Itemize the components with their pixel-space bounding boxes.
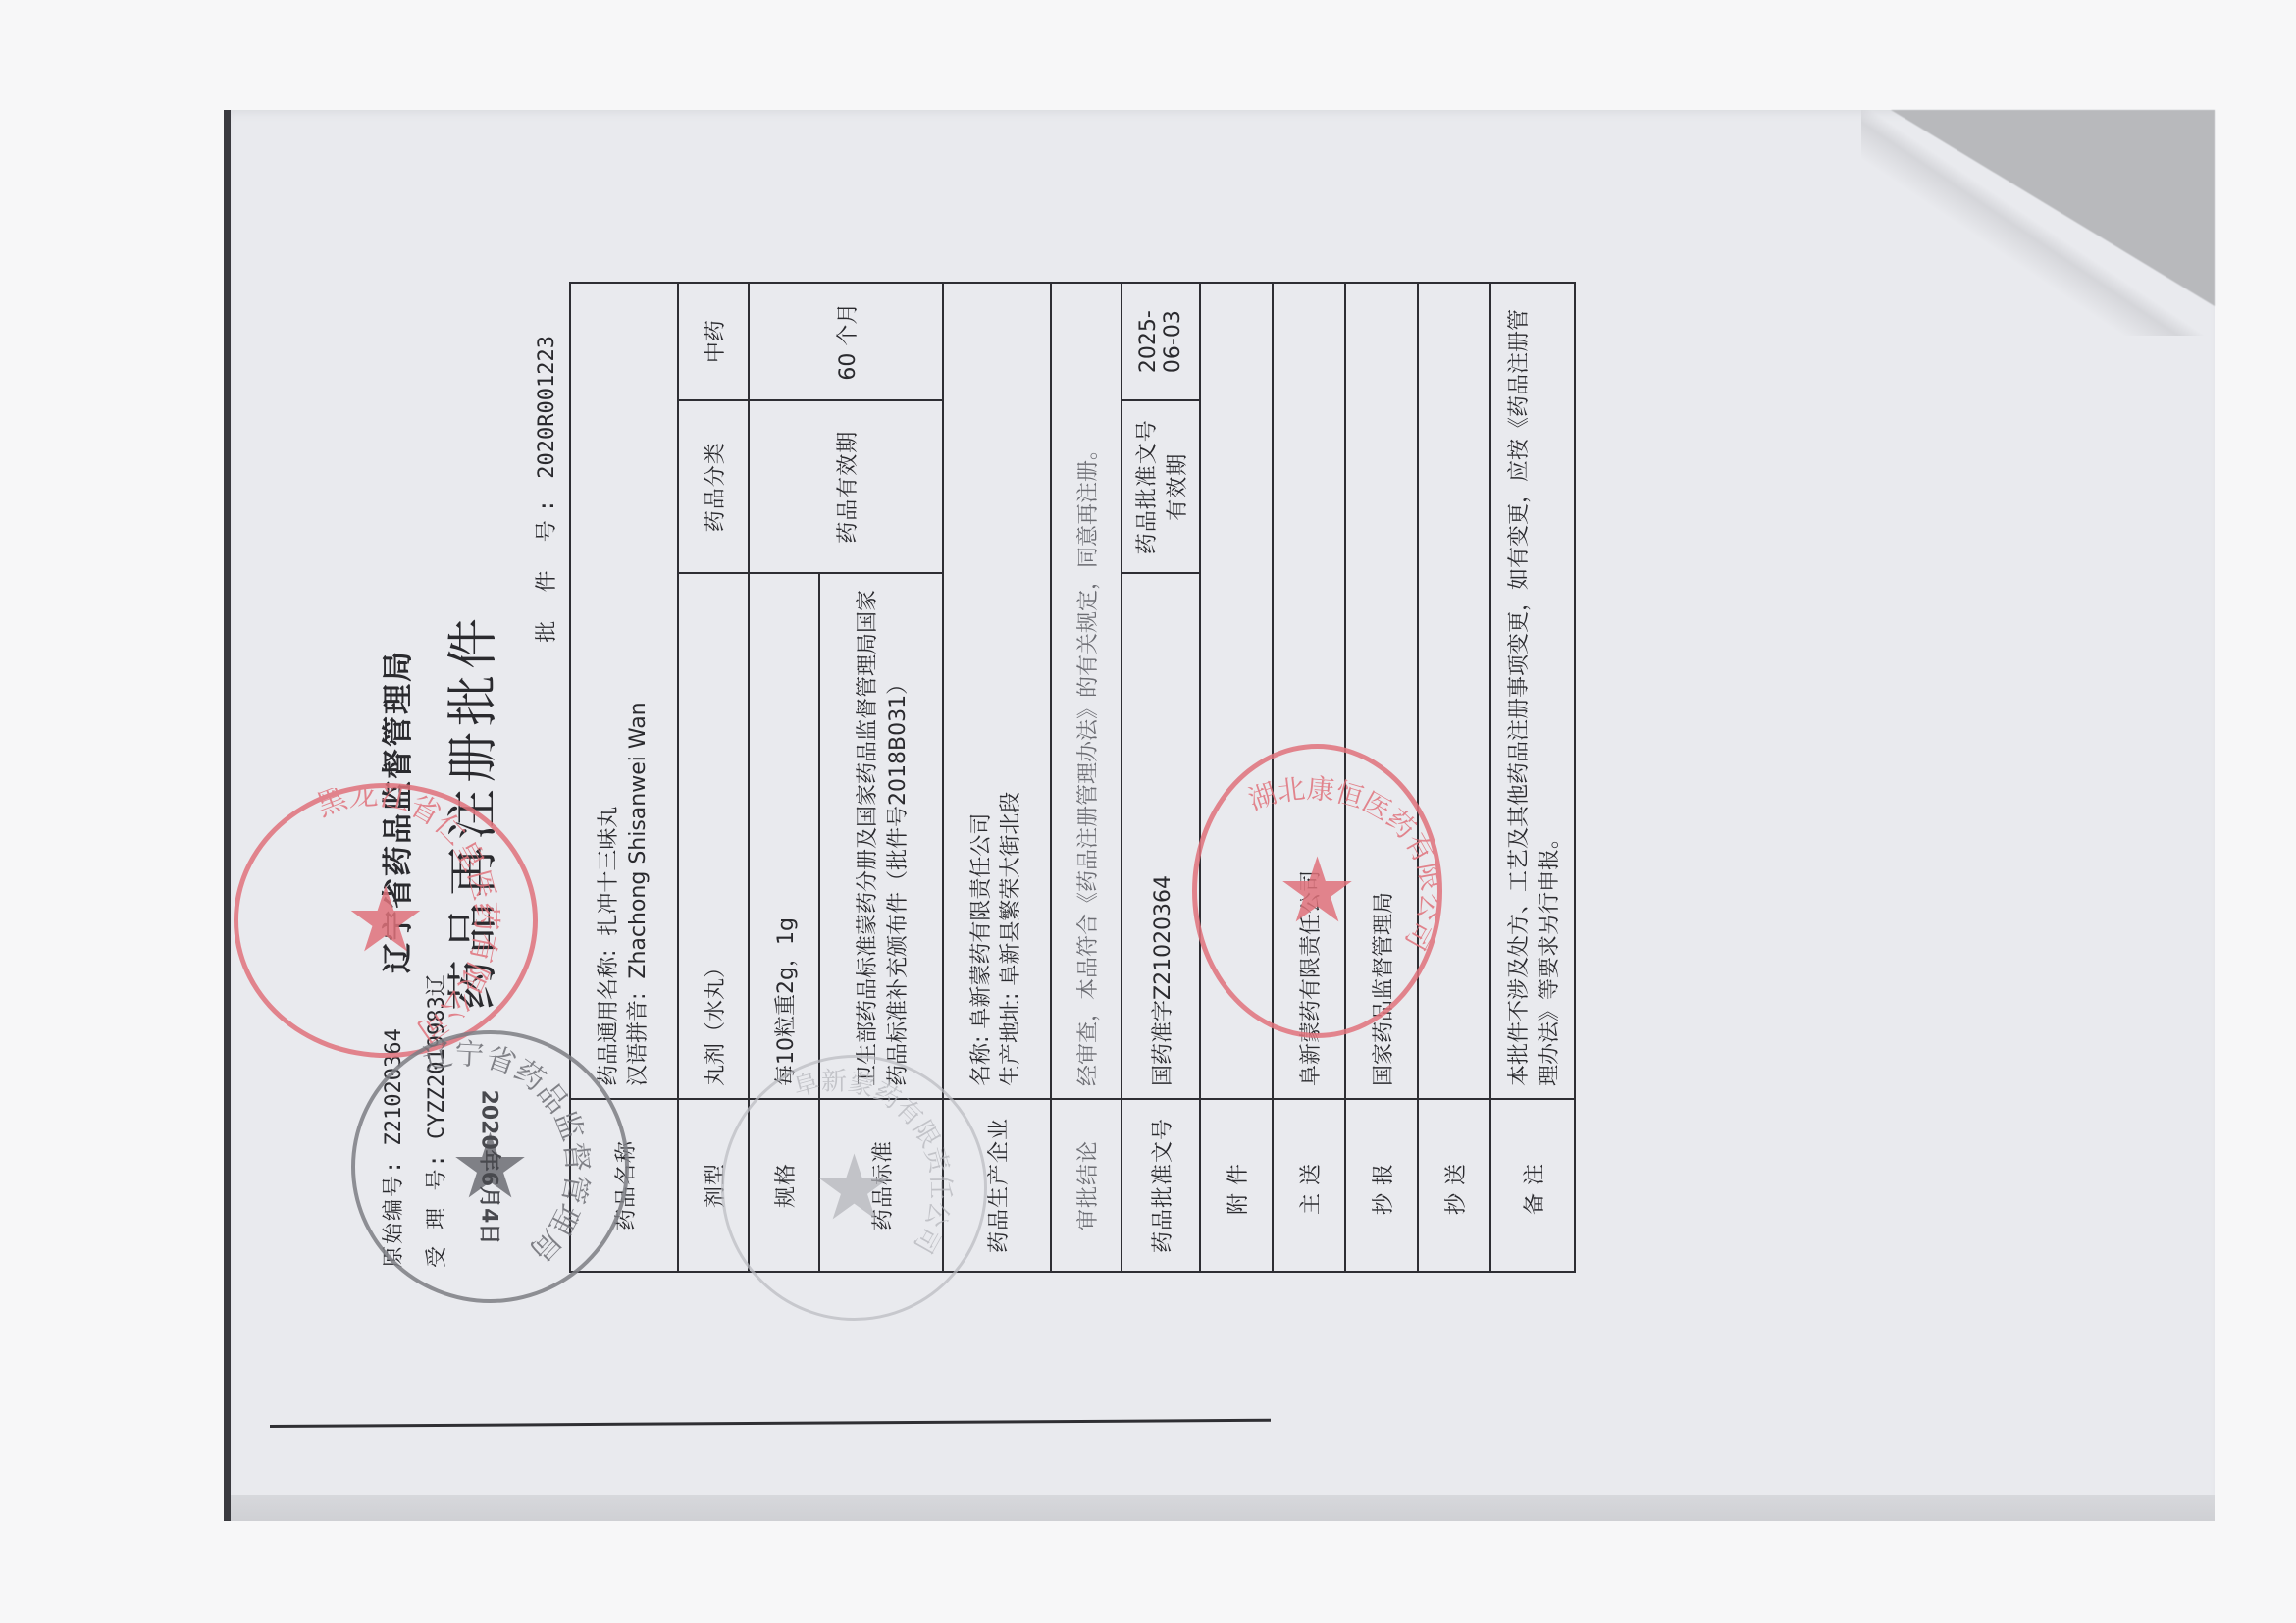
seal-date: 2020年6月4日 — [475, 1089, 505, 1244]
label-classification: 药品分类 — [678, 400, 749, 573]
value-conclusion: 经审查，本品符合《药品注册管理办法》的有关规定，同意再注册。 — [1051, 283, 1122, 1099]
row-remarks: 备注 本批件不涉及处方、工艺及其他药品注册事项变更，如有变更，应按《药品注册管理… — [1490, 283, 1575, 1272]
label-copy-to: 抄送 — [1418, 1099, 1490, 1272]
seal-ring-text: 湖北康恒医药有限公司 — [1197, 749, 1437, 1033]
seal-ring-text: 阜新蒙药有限责任公司 — [724, 1058, 984, 1318]
value-classification: 中药 — [678, 283, 749, 400]
value-approval-number: 国药准字Z21020364 — [1122, 573, 1200, 1099]
svg-text:湖北康恒医药有限公司: 湖北康恒医药有限公司 — [1244, 772, 1437, 956]
red-company-seal-right: ★ 湖北康恒医药有限公司 — [1192, 744, 1442, 1038]
value-drug-name: 药品通用名称: 扎冲十三味丸 汉语拼音: Zhachong Shisanwei … — [570, 283, 678, 1099]
red-company-seal-left: ★ 黑龙江省仁皇医药有限公司 — [234, 783, 538, 1058]
generic-name: 扎冲十三味丸 — [597, 807, 621, 936]
label-attachment: 附件 — [1200, 1099, 1273, 1272]
manufacturer-name: 阜新蒙药有限责任公司 — [969, 813, 994, 1029]
label-approval-number: 药品批准文号 — [1122, 1099, 1200, 1272]
scan-bottom-band — [231, 1495, 2215, 1521]
scan-artifact-line — [270, 1419, 1271, 1428]
row-approval-number: 药品批准文号 国药准字Z21020364 药品批准文号有效期 2025-06-0… — [1122, 283, 1200, 1272]
approval-doc-number: 批 件 号: 2020R001223 — [530, 336, 560, 643]
value-approval-validity: 2025-06-03 — [1122, 283, 1200, 400]
label-approval-validity: 药品批准文号有效期 — [1122, 400, 1200, 573]
manufacturer-address: 阜新县繁荣大街北段 — [999, 792, 1023, 986]
value-specification: 每10粒重2g，1g — [749, 573, 819, 1099]
faint-company-seal: ★ 阜新蒙药有限责任公司 — [721, 1055, 987, 1321]
value-validity: 60 个月 — [749, 283, 943, 400]
label-main-recipient: 主送 — [1273, 1099, 1345, 1272]
label-validity: 药品有效期 — [749, 400, 943, 573]
value-dosage-form: 丸剂（水丸） — [678, 573, 749, 1099]
row-conclusion: 审批结论 经审查，本品符合《药品注册管理办法》的有关规定，同意再注册。 — [1051, 283, 1122, 1272]
svg-text:黑龙江省仁皇医药有限公司: 黑龙江省仁皇医药有限公司 — [312, 788, 503, 1048]
value-remarks: 本批件不涉及处方、工艺及其他药品注册事项变更，如有变更，应按《药品注册管理办法》… — [1490, 283, 1575, 1099]
label-remarks: 备注 — [1490, 1099, 1575, 1272]
official-agency-seal: ★ 辽宁省药品监督管理局 2020年6月4日 — [351, 1030, 629, 1303]
label-report-to: 抄报 — [1345, 1099, 1418, 1272]
svg-text:辽宁省药品监督管理局: 辽宁省药品监督管理局 — [419, 1037, 595, 1268]
label-conclusion: 审批结论 — [1051, 1099, 1122, 1272]
seal-ring-text: 黑龙江省仁皇医药有限公司 — [238, 788, 533, 1053]
value-standard: 卫生部药品标准蒙药分册及国家药品监督管理局国家药品标准补充颁布件（批件号2018… — [819, 573, 943, 1099]
pinyin-name: Zhachong Shisanwei Wan — [626, 702, 651, 978]
svg-text:阜新蒙药有限责任公司: 阜新蒙药有限责任公司 — [791, 1067, 956, 1258]
value-manufacturer: 名称: 阜新蒙药有限责任公司 生产地址: 阜新县繁荣大街北段 — [943, 283, 1051, 1099]
